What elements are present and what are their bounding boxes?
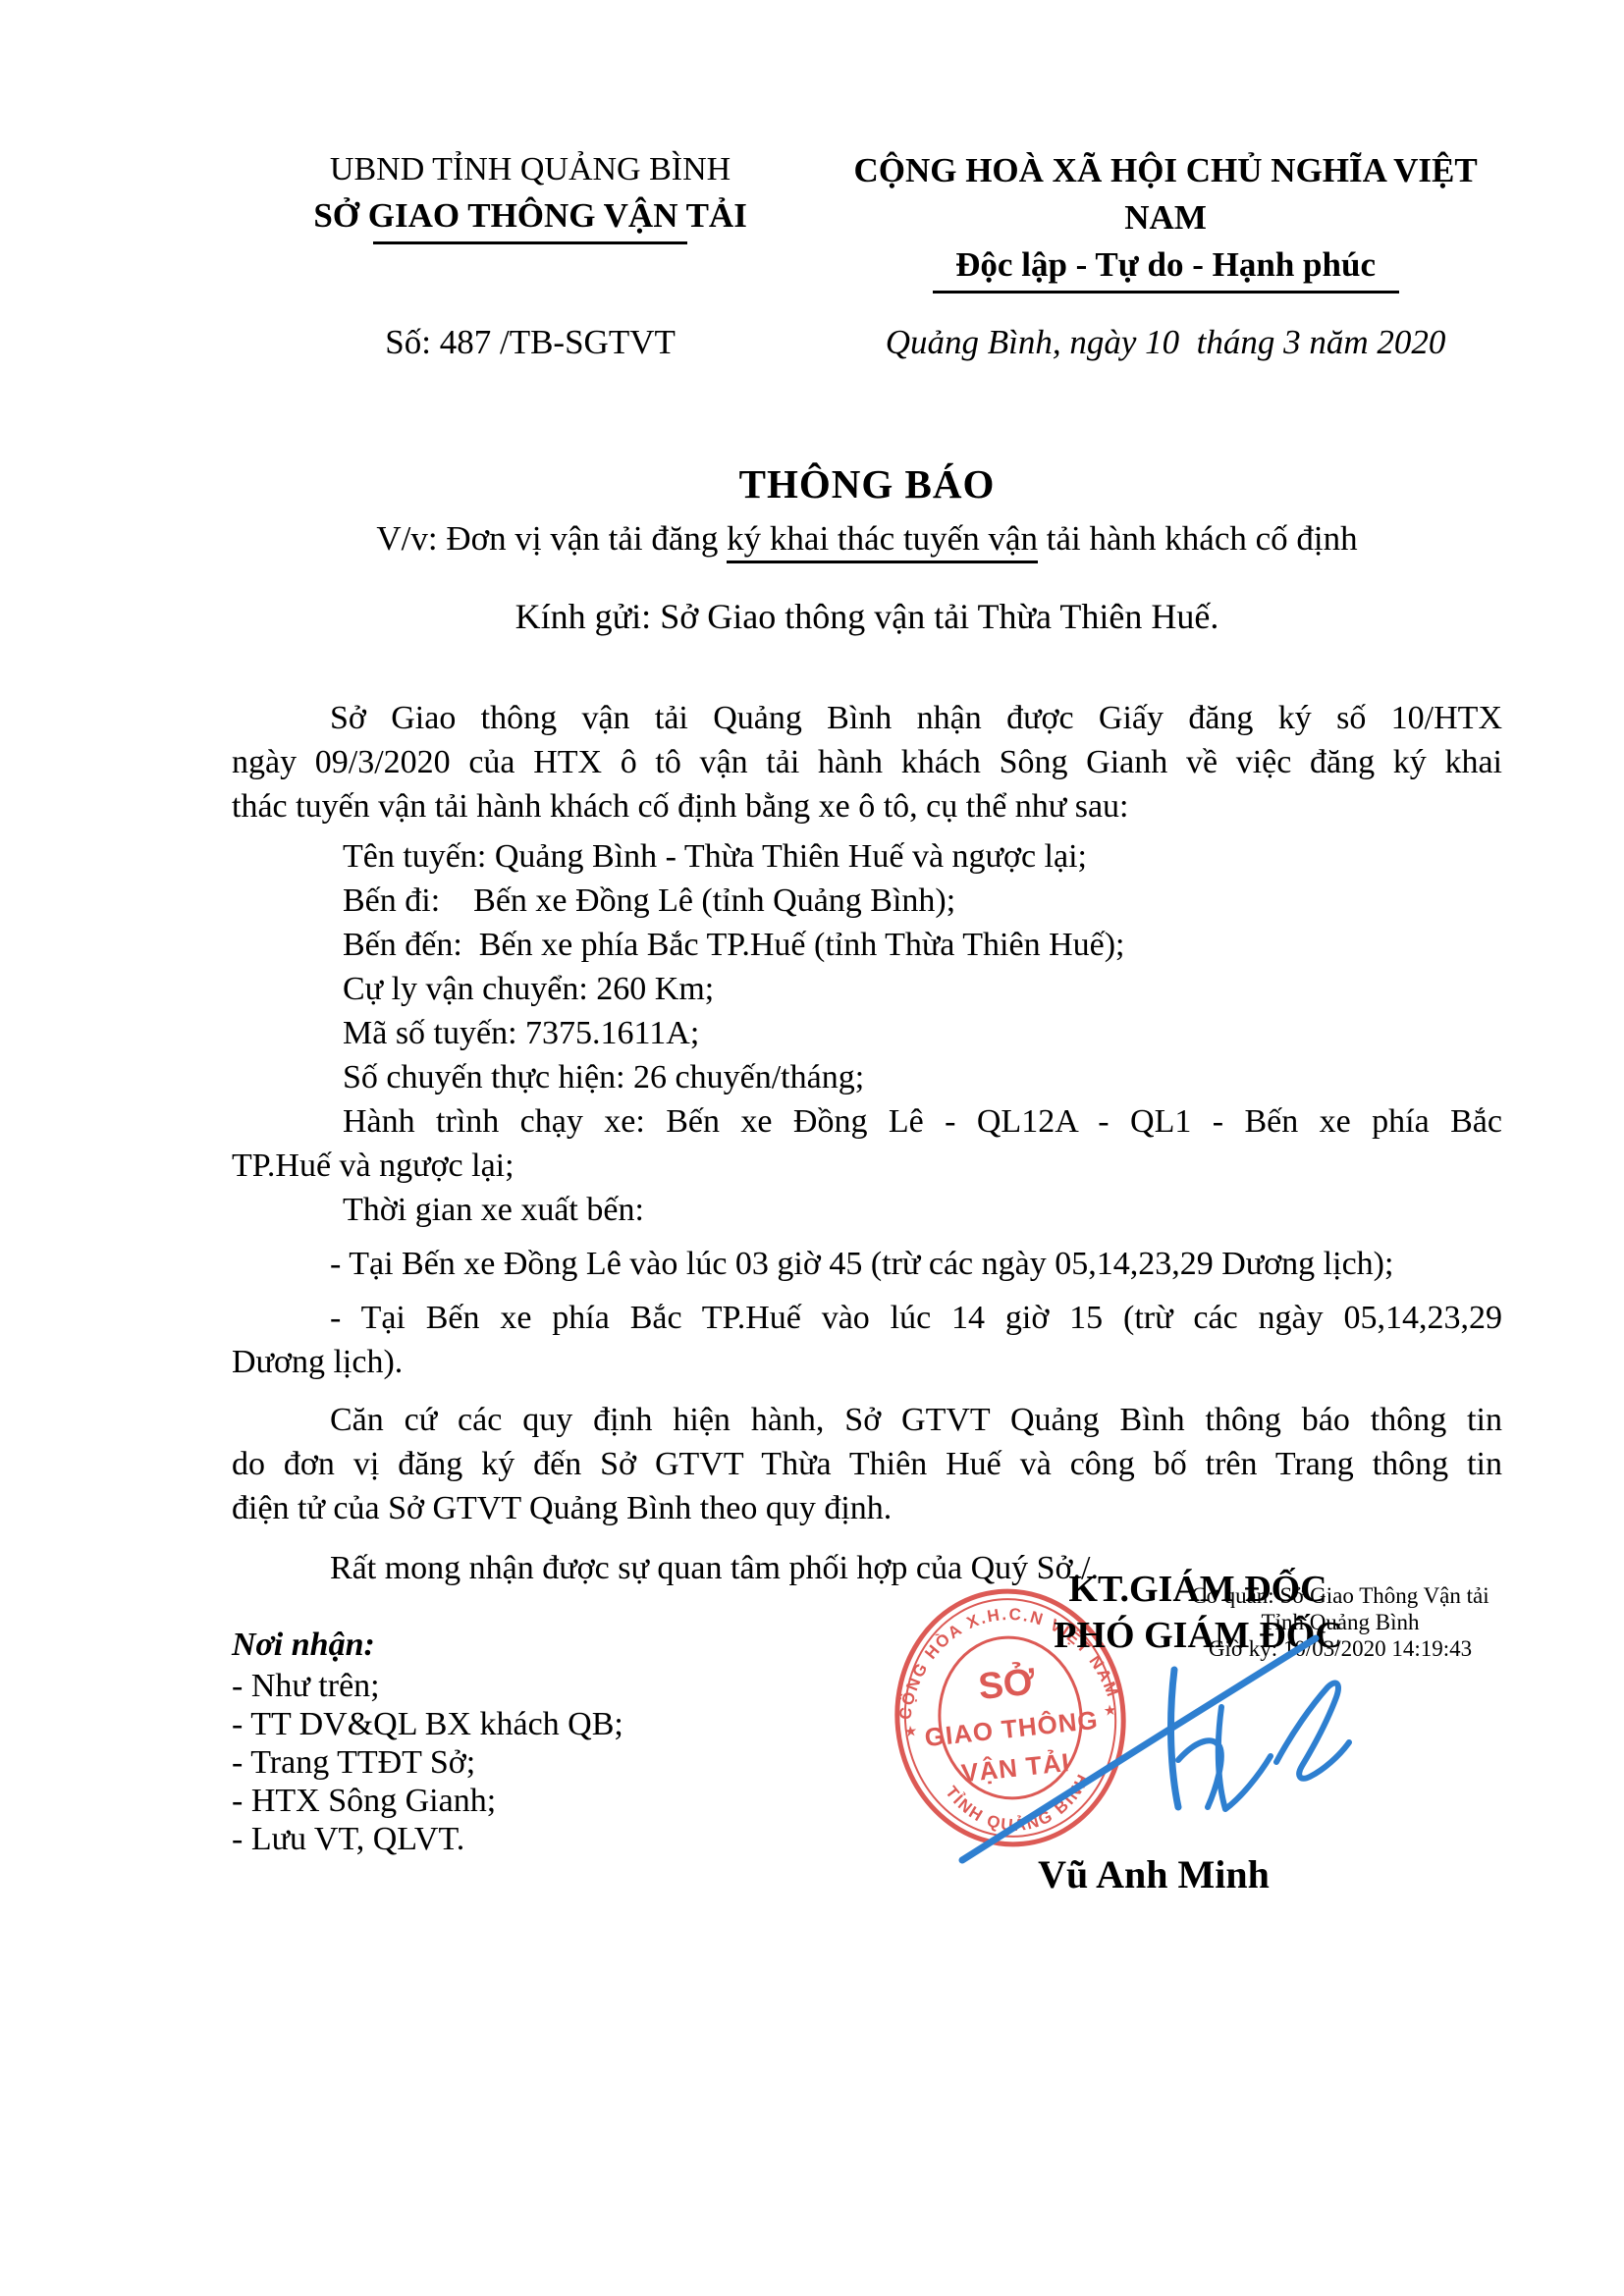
trips-per-month: Số chuyến thực hiện: 26 chuyến/tháng; — [232, 1055, 1502, 1099]
recipient-item: - Trang TTĐT Sở; — [232, 1743, 840, 1782]
recipient-item: - Lưu VT, QLVT. — [232, 1820, 840, 1858]
subject-underlined: ký khai thác tuyến vận — [727, 519, 1038, 563]
document-page: UBND TỈNH QUẢNG BÌNH SỞ GIAO THÔNG VẬN T… — [0, 0, 1624, 2296]
agency-name: SỞ GIAO THÔNG VẬN TẢI — [232, 192, 829, 240]
departure-time-item: - Tại Bến xe Đồng Lê vào lúc 03 giờ 45 (… — [232, 1242, 1502, 1286]
paragraph-line: ngày 09/3/2020 của HTX ô tô vận tải hành… — [232, 740, 1502, 784]
signer-title-kt: KT.GIÁM ĐỐC — [933, 1567, 1463, 1613]
paragraph-line: điện tử của Sở GTVT Quảng Bình theo quy … — [232, 1486, 1502, 1530]
departure-time-item: Dương lịch). — [232, 1340, 1502, 1384]
number-date-row: Số: 487 /TB-SGTVT Quảng Bình, ngày 10 th… — [232, 323, 1502, 362]
handwritten-signature — [921, 1613, 1392, 1876]
recipients-heading: Nơi nhận: — [232, 1624, 840, 1667]
recipient-item: - HTX Sông Gianh; — [232, 1782, 840, 1820]
national-motto: Độc lập - Tự do - Hạnh phúc — [829, 241, 1502, 289]
paragraph-line: Căn cứ các quy định hiện hành, Sở GTVT Q… — [232, 1398, 1502, 1442]
national-motto-block: CỘNG HOÀ XÃ HỘI CHỦ NGHĨA VIỆT NAM Độc l… — [829, 147, 1502, 294]
salutation: Kính gửi: Sở Giao thông vận tải Thừa Thi… — [232, 594, 1502, 639]
route-code: Mã số tuyến: 7375.1611A; — [232, 1011, 1502, 1055]
document-title: THÔNG BÁO — [232, 458, 1502, 509]
paragraph-line: Sở Giao thông vận tải Quảng Bình nhận đư… — [232, 696, 1502, 740]
place-date-line: Quảng Bình, ngày 10 tháng 3 năm 2020 — [829, 323, 1502, 362]
document-header: UBND TỈNH QUẢNG BÌNH SỞ GIAO THÔNG VẬN T… — [232, 147, 1502, 294]
departure-station: Bến đi: Bến xe Đồng Lê (tỉnh Quảng Bình)… — [232, 879, 1502, 923]
document-number: Số: 487 /TB-SGTVT — [232, 323, 829, 362]
document-body: Sở Giao thông vận tải Quảng Bình nhận đư… — [232, 696, 1502, 1590]
issuing-agency-block: UBND TỈNH QUẢNG BÌNH SỞ GIAO THÔNG VẬN T… — [232, 147, 829, 294]
subject-prefix: V/v: Đơn vị vận tải đăng — [376, 519, 727, 558]
paragraph-line: thác tuyến vận tải hành khách cố định bằ… — [232, 784, 1502, 828]
recipient-item: - Như trên; — [232, 1667, 840, 1705]
arrival-station: Bến đến: Bến xe phía Bắc TP.Huế (tỉnh Th… — [232, 923, 1502, 967]
itinerary-line: TP.Huế và ngược lại; — [232, 1144, 1502, 1188]
recipient-item: - TT DV&QL BX khách QB; — [232, 1705, 840, 1743]
agency-parent-name: UBND TỈNH QUẢNG BÌNH — [232, 147, 829, 192]
route-distance: Cự ly vận chuyển: 260 Km; — [232, 967, 1502, 1011]
agency-underline — [373, 241, 687, 244]
national-title: CỘNG HOÀ XÃ HỘI CHỦ NGHĨA VIỆT NAM — [829, 147, 1502, 241]
stamp-star-left: ★ — [903, 1723, 918, 1740]
departure-time-item: - Tại Bến xe phía Bắc TP.Huế vào lúc 14 … — [232, 1296, 1502, 1340]
document-subject: V/v: Đơn vị vận tải đăng ký khai thác tu… — [232, 515, 1502, 562]
motto-underline — [933, 291, 1399, 294]
subject-suffix: tải hành khách cố định — [1038, 519, 1358, 558]
itinerary-line: Hành trình chạy xe: Bến xe Đồng Lê - QL1… — [232, 1099, 1502, 1144]
paragraph-line: do đơn vị đăng ký đến Sở GTVT Thừa Thiên… — [232, 1442, 1502, 1486]
departure-times-heading: Thời gian xe xuất bến: — [232, 1188, 1502, 1232]
recipients-block: Nơi nhận: - Như trên; - TT DV&QL BX khác… — [232, 1624, 840, 1858]
route-name: Tên tuyến: Quảng Bình - Thừa Thiên Huế v… — [232, 834, 1502, 879]
